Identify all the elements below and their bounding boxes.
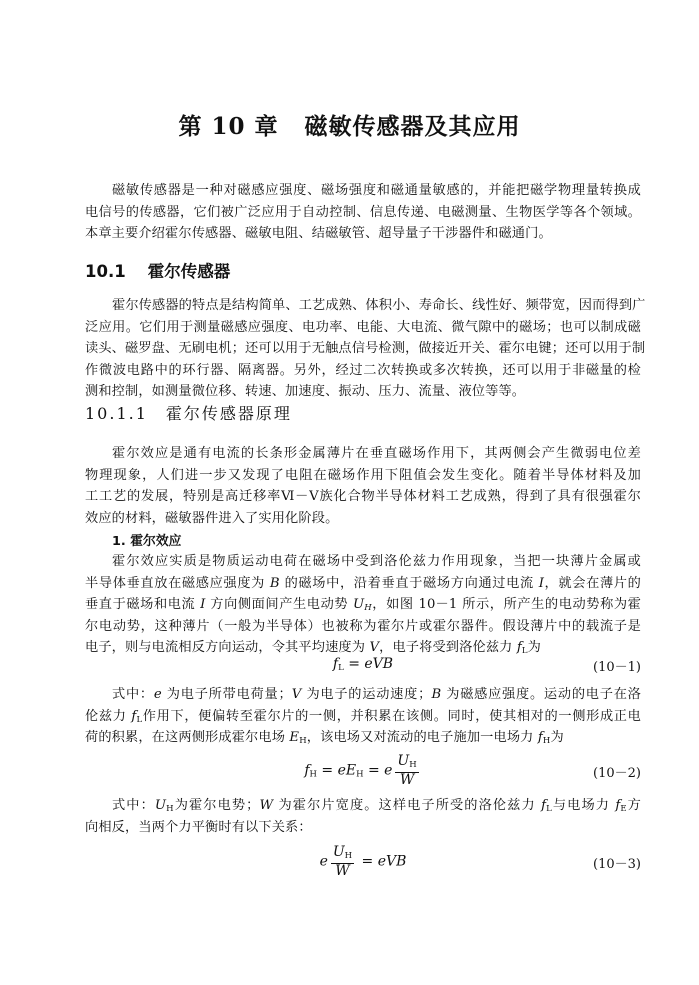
text-line: 霍尔效应实质是物质运动电荷在磁场中受到洛伦兹力作用现象，当把一块薄片金属或 [85, 551, 641, 573]
equation-body: fL = eVB [85, 656, 641, 673]
text-line: 霍尔传感器的特点是结构简单、工艺成熟、体积小、寿命长、线性好、频带宽，因而得到广 [85, 295, 641, 317]
text-line: 荷的积累，在这两侧形成霍尔电场 EH，该电场又对流动的电子施加一电场力 fH为 [85, 727, 641, 749]
subsection-number: 10.1.1 [85, 404, 148, 423]
section-title: 霍尔传感器 [148, 262, 231, 281]
text-line: 尔电动势，这种薄片（一般为半导体）也被称为霍尔片或霍尔器件。假设薄片中的载流子是 [85, 616, 641, 638]
equation-10-3: eUHW = eVB (10－3) [85, 843, 641, 879]
text-line: 伦兹力 fL作用下，便偏转至霍尔片的一侧，并积累在该侧。同时，使其相对的一侧形成… [85, 706, 641, 728]
equation-body: fH = eEH = eUHW [85, 754, 641, 787]
text-line: 电信号的传感器，它们被广泛应用于自动控制、信息传递、电磁测量、生物医学等各个领域… [85, 202, 641, 224]
text-line: 测和控制，如测量微位移、转速、加速度、振动、压力、流量、液位等等。 [85, 381, 641, 403]
text-line: 工工艺的发展，特别是高迁移率Ⅵ－Ⅴ族化合物半导体材料工艺成熟，得到了具有很强霍尔 [85, 486, 641, 508]
text-line: 磁敏传感器是一种对磁感应强度、磁场强度和磁通量敏感的，并能把磁学物理量转换成 [85, 180, 641, 202]
text-line: 泛应用。它们用于测量磁感应强度、电功率、电能、大电流、微气隙中的磁场；也可以制成… [85, 317, 641, 339]
text-line: 式中：e 为电子所带电荷量；V 为电子的运动速度；B 为磁感应强度。运动的电子在… [85, 684, 641, 706]
fraction: UHW [331, 845, 354, 878]
subsection-title: 霍尔传感器原理 [166, 404, 292, 423]
equation-body: eUHW = eVB [85, 845, 641, 878]
fraction: UHW [395, 754, 418, 787]
text-line: 式中：UH为霍尔电势；W 为霍尔片宽度。这样电子所受的洛伦兹力 fL与电场力 f… [85, 795, 641, 817]
equation-10-2: fH = eEH = eUHW (10－2) [85, 752, 641, 788]
equation-number: (10－1) [593, 656, 641, 675]
text-line: 作微波电路中的环行器、隔离器。另外，经过二次转换或多次转换，还可以用于非磁量的检 [85, 360, 641, 382]
chapter-name: 磁敏传感器及其应用 [305, 113, 521, 140]
equation-number: (10－3) [593, 853, 641, 872]
chapter-title: 第 10 章磁敏传感器及其应用 [0, 108, 699, 141]
section-heading: 10.1霍尔传感器 [85, 258, 230, 282]
text-line: 物理现象，人们进一步又发现了电阻在磁场作用下阻值会发生变化。随着半导体材料及加 [85, 465, 641, 487]
equation-number: (10－2) [593, 762, 641, 781]
equation-10-1: fL = eVB (10－1) [85, 656, 641, 686]
text-line: 向相反，当两个力平衡时有以下关系： [85, 817, 641, 839]
chapter-label: 第 10 章 [178, 113, 278, 140]
item-heading: 1. 霍尔效应 [112, 530, 181, 549]
text-line: 效应的材料，磁敏器件进入了实用化阶段。 [85, 508, 641, 530]
subsection-heading: 10.1.1霍尔传感器原理 [85, 401, 292, 424]
text-line: 本章主要介绍霍尔传感器、磁敏电阻、结磁敏管、超导量子干涉器件和磁通门。 [85, 223, 641, 245]
text-line: 霍尔效应是通有电流的长条形金属薄片在垂直磁场作用下，其两侧会产生微弱电位差 [85, 443, 641, 465]
text-line: 垂直于磁场和电流 I 方向侧面间产生电动势 UH，如图 10－1 所示，所产生的… [85, 594, 641, 616]
section-number: 10.1 [85, 262, 126, 281]
text-line: 半导体垂直放在磁感应强度为 B 的磁场中，沿着垂直于磁场方向通过电流 I，就会在… [85, 573, 641, 595]
text-line: 读头、磁罗盘、无刷电机；还可以用于无触点信号检测，做接近开关、霍尔电键；还可以用… [85, 338, 641, 360]
